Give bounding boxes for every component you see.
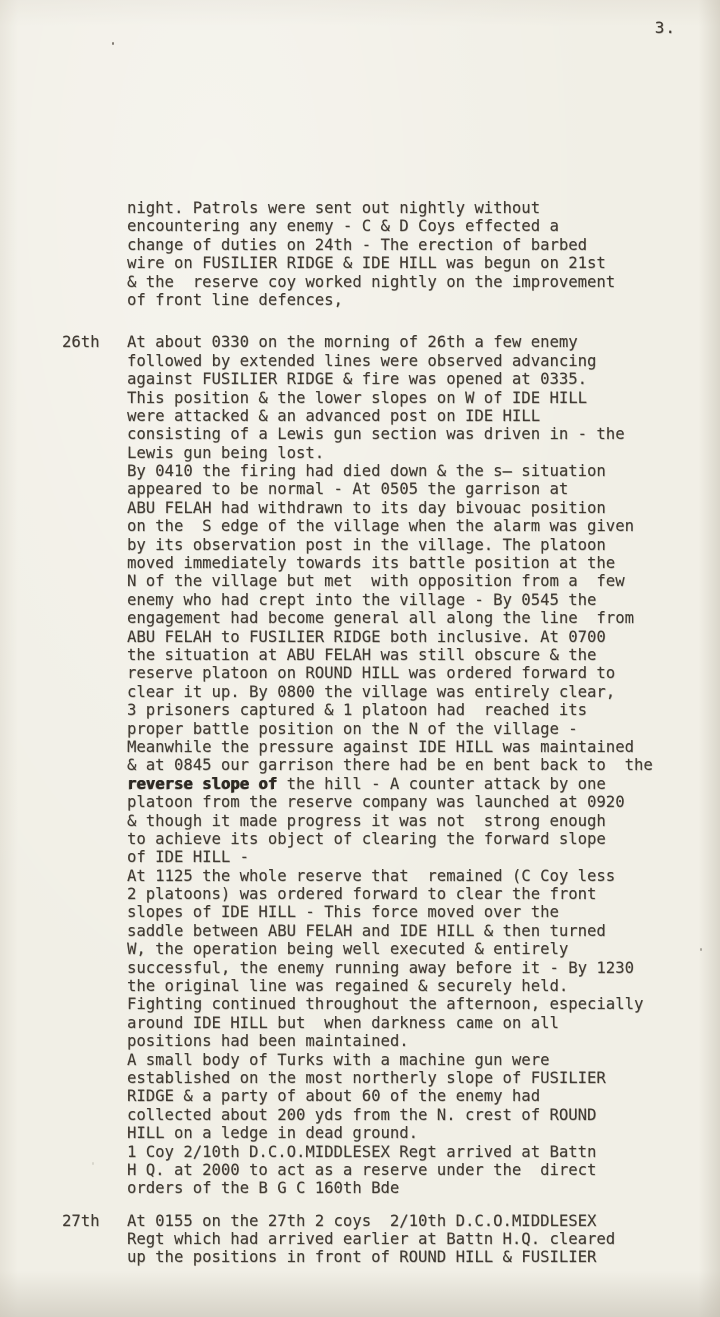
text-line: moved immediately towards its battle pos… (127, 554, 720, 572)
text-line: saddle between ABU FELAH and IDE HILL & … (127, 922, 720, 940)
diary-entry: night. Patrols were sent out nightly wit… (0, 199, 720, 309)
text-line: HILL on a ledge in dead ground. (127, 1124, 720, 1142)
text-line: to achieve its object of clearing the fo… (127, 830, 720, 848)
text-line: on the S edge of the village when the al… (127, 517, 720, 535)
text-line: around IDE HILL but when darkness came o… (127, 1014, 720, 1032)
diary-entry: 27thAt 0155 on the 27th 2 coys 2/10th D.… (0, 1212, 720, 1267)
text-line: By 0410 the firing had died down & the s… (127, 462, 720, 480)
text-line: RIDGE & a party of about 60 of the enemy… (127, 1087, 720, 1105)
entry-text: night. Patrols were sent out nightly wit… (127, 199, 720, 309)
text-line: by its observation post in the village. … (127, 536, 720, 554)
text-line: At about 0330 on the morning of 26th a f… (127, 333, 720, 351)
text-line: of front line defences, (127, 291, 720, 309)
text-line: successful, the enemy running away befor… (127, 959, 720, 977)
text-line: proper battle position on the N of the v… (127, 720, 720, 738)
text-line: 2 platoons) was ordered forward to clear… (127, 885, 720, 903)
text-line: change of duties on 24th - The erection … (127, 236, 720, 254)
text-line: clear it up. By 0800 the village was ent… (127, 683, 720, 701)
text-line: of IDE HILL - (127, 848, 720, 866)
scanned-diary-page: 3. night. Patrols were sent out nightly … (0, 0, 720, 1317)
text-line: collected about 200 yds from the N. cres… (127, 1106, 720, 1124)
diary-entry: 26thAt about 0330 on the morning of 26th… (0, 333, 720, 1197)
diary-entries: night. Patrols were sent out nightly wit… (0, 199, 720, 1267)
text-line: engagement had become general all along … (127, 609, 720, 627)
text-line: 1 Coy 2/10th D.C.O.MIDDLESEX Regt arrive… (127, 1143, 720, 1161)
text-line: W, the operation being well executed & e… (127, 940, 720, 958)
text-line: night. Patrols were sent out nightly wit… (127, 199, 720, 217)
text-line: A small body of Turks with a machine gun… (127, 1051, 720, 1069)
text-line: ABU FELAH to FUSILIER RIDGE both inclusi… (127, 628, 720, 646)
text-line: 3 prisoners captured & 1 platoon had rea… (127, 701, 720, 719)
text-line: H Q. at 2000 to act as a reserve under t… (127, 1161, 720, 1179)
text-line: & the reserve coy worked nightly on the … (127, 273, 720, 291)
text-line: orders of the B G C 160th Bde (127, 1179, 720, 1197)
text-line: reserve platoon on ROUND HILL was ordere… (127, 664, 720, 682)
text-line: & though it made progress it was not str… (127, 812, 720, 830)
text-line: followed by extended lines were observed… (127, 352, 720, 370)
text-line: slopes of IDE HILL - This force moved ov… (127, 903, 720, 921)
text-line: were attacked & an advanced post on IDE … (127, 407, 720, 425)
text-line: Meanwhile the pressure against IDE HILL … (127, 738, 720, 756)
text-line: encountering any enemy - C & D Coys effe… (127, 217, 720, 235)
text-line: Regt which had arrived earlier at Battn … (127, 1230, 720, 1248)
text-line: against FUSILIER RIDGE & fire was opened… (127, 370, 720, 388)
text-line: established on the most northerly slope … (127, 1069, 720, 1087)
text-line: & at 0845 our garrison there had be en b… (127, 756, 720, 774)
text-line: positions had been maintained. (127, 1032, 720, 1050)
text-line: up the positions in front of ROUND HILL … (127, 1248, 720, 1266)
text-line: N of the village but met with opposition… (127, 572, 720, 590)
text-line: the situation at ABU FELAH was still obs… (127, 646, 720, 664)
text-line: wire on FUSILIER RIDGE & IDE HILL was be… (127, 254, 720, 272)
text-line: At 0155 on the 27th 2 coys 2/10th D.C.O.… (127, 1212, 720, 1230)
text-line: This position & the lower slopes on W of… (127, 389, 720, 407)
overtyped-text: reverse slope of (127, 775, 277, 793)
text-line: At 1125 the whole reserve that remained … (127, 867, 720, 885)
entry-text: At 0155 on the 27th 2 coys 2/10th D.C.O.… (127, 1212, 720, 1267)
entry-text: At about 0330 on the morning of 26th a f… (127, 333, 720, 1197)
text-line: Fighting continued throughout the aftern… (127, 995, 720, 1013)
text-line: platoon from the reserve company was lau… (127, 793, 720, 811)
text-line: consisting of a Lewis gun section was dr… (127, 425, 720, 443)
text-line: the original line was regained & securel… (127, 977, 720, 995)
entry-date: 27th (62, 1212, 127, 1230)
text-line: enemy who had crept into the village - B… (127, 591, 720, 609)
entry-date: 26th (62, 333, 127, 351)
text-line: Lewis gun being lost. (127, 444, 720, 462)
text-line: appeared to be normal - At 0505 the garr… (127, 480, 720, 498)
text-line: ABU FELAH had withdrawn to its day bivou… (127, 499, 720, 517)
text-line: reverse slope of the hill - A counter at… (127, 775, 720, 793)
page-number: 3. (655, 18, 676, 37)
